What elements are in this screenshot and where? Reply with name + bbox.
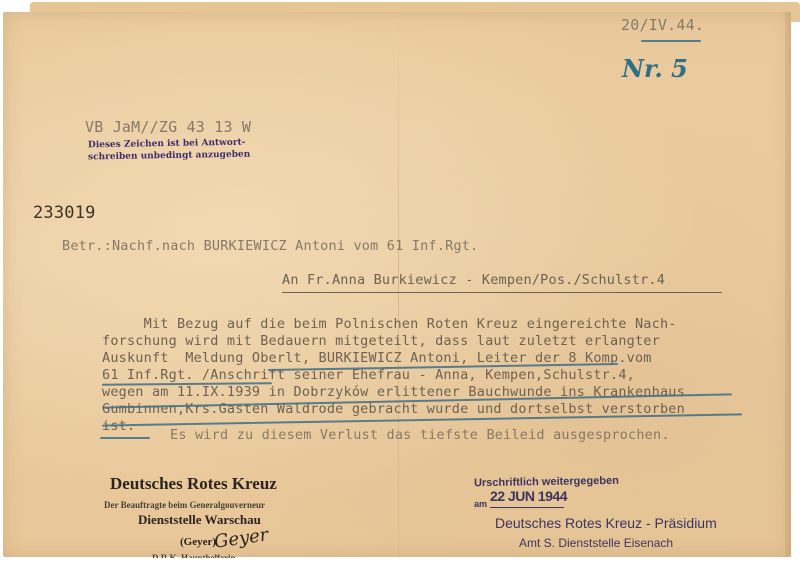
date-underline [641,40,701,42]
paper-right-edge [785,12,791,557]
addressee-underline [282,292,722,293]
right-stamp-date-underline [490,507,564,508]
right-stamp-am: am [474,499,487,509]
subject-line: Betr.:Nachf.nach BURKIEWICZ Antoni vom 6… [62,238,478,254]
left-stamp-line3: Dienststelle Warschau [138,512,261,528]
body-line-2: forschung wird mit Bedauern mitgeteilt, … [102,333,660,349]
right-stamp-line3: Deutsches Rotes Kreuz - Präsidium [495,515,717,531]
typed-date: 20/IV.44. [621,16,704,34]
left-stamp-line4: (Geyer) [180,536,216,548]
addressee-line: An Fr.Anna Burkiewicz - Kempen/Pos./Schu… [282,272,665,288]
scanned-letter: 20/IV.44. Nr. 5 VB JaM//ZG 43 13 W Diese… [0,0,800,569]
right-stamp-line4: Amt S. Dienststelle Eisenach [519,536,673,550]
left-stamp-title: Deutsches Rotes Kreuz [110,474,277,494]
body-line-6: Gumbinnen,Krs.Gasten Waldrode gebracht w… [102,401,685,417]
pencil-underline-5 [100,437,150,439]
left-stamp-line5: D.R.K. Haupthelferin [152,553,236,558]
reference-code: VB JaM//ZG 43 13 W [85,118,251,136]
condolence-line: Es wird zu diesem Verlust das tiefste Be… [170,427,670,443]
body-line-4: 61 Inf.Rgt. /Anschrift seiner Ehefrau - … [102,367,635,383]
handwritten-number: Nr. 5 [622,54,688,83]
file-number: 233019 [33,203,96,223]
body-line-1: Mit Bezug auf die beim Polnischen Roten … [102,316,677,332]
right-stamp-date: 22 JUN 1944 [490,488,567,504]
left-stamp-line2: Der Beauftragte beim Generalgouverneur [104,500,265,510]
